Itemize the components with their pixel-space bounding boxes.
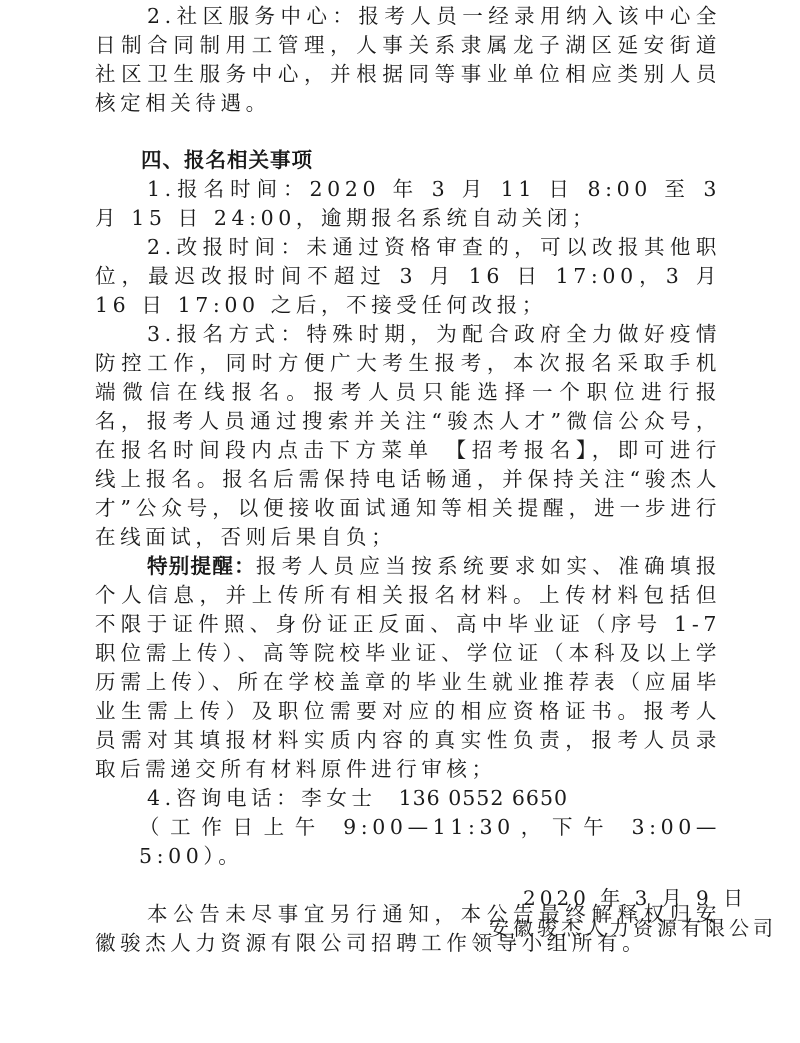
- community-service-center-paragraph: 2.社区服务中心：报考人员一经录用纳入该中心全日制合同制用工管理，人事关系隶属龙…: [95, 2, 721, 118]
- contact-paragraph: 4.咨询电话：李女士136 0552 6650: [95, 784, 721, 813]
- special-reminder-paragraph: 特别提醒：报考人员应当按系统要求如实、准确填报个人信息，并上传所有相关报名材料。…: [95, 552, 721, 784]
- change-registration-paragraph: 2.改报时间：未通过资格审查的，可以改报其他职位，最迟改报时间不超过 3 月 1…: [95, 233, 721, 320]
- special-reminder-text: 报考人员应当按系统要求如实、准确填报个人信息，并上传所有相关报名材料。上传材料包…: [95, 554, 721, 781]
- contact-phone: 136 0552 6650: [399, 786, 569, 810]
- special-reminder-label: 特别提醒：: [147, 554, 256, 578]
- document-page: 2.社区服务中心：报考人员一经录用纳入该中心全日制合同制用工管理，人事关系隶属龙…: [95, 2, 721, 958]
- office-hours: （工作日上午 9:00—11:30，下午 3:00—5:00）。: [95, 813, 721, 871]
- contact-label: 4.咨询电话：李女士: [147, 786, 377, 810]
- signature-organization: 安徽骏杰人力资源有限公司: [0, 914, 777, 943]
- registration-method-paragraph: 3.报名方式：特殊时期，为配合政府全力做好疫情防控工作，同时方便广大考生报考，本…: [95, 320, 721, 552]
- section-heading-registration: 四、报名相关事项: [95, 146, 721, 175]
- signature-date: 2020 年 3 月 9 日: [0, 884, 747, 913]
- registration-time-paragraph: 1.报名时间：2020 年 3 月 11 日 8:00 至 3 月 15 日 2…: [95, 175, 721, 233]
